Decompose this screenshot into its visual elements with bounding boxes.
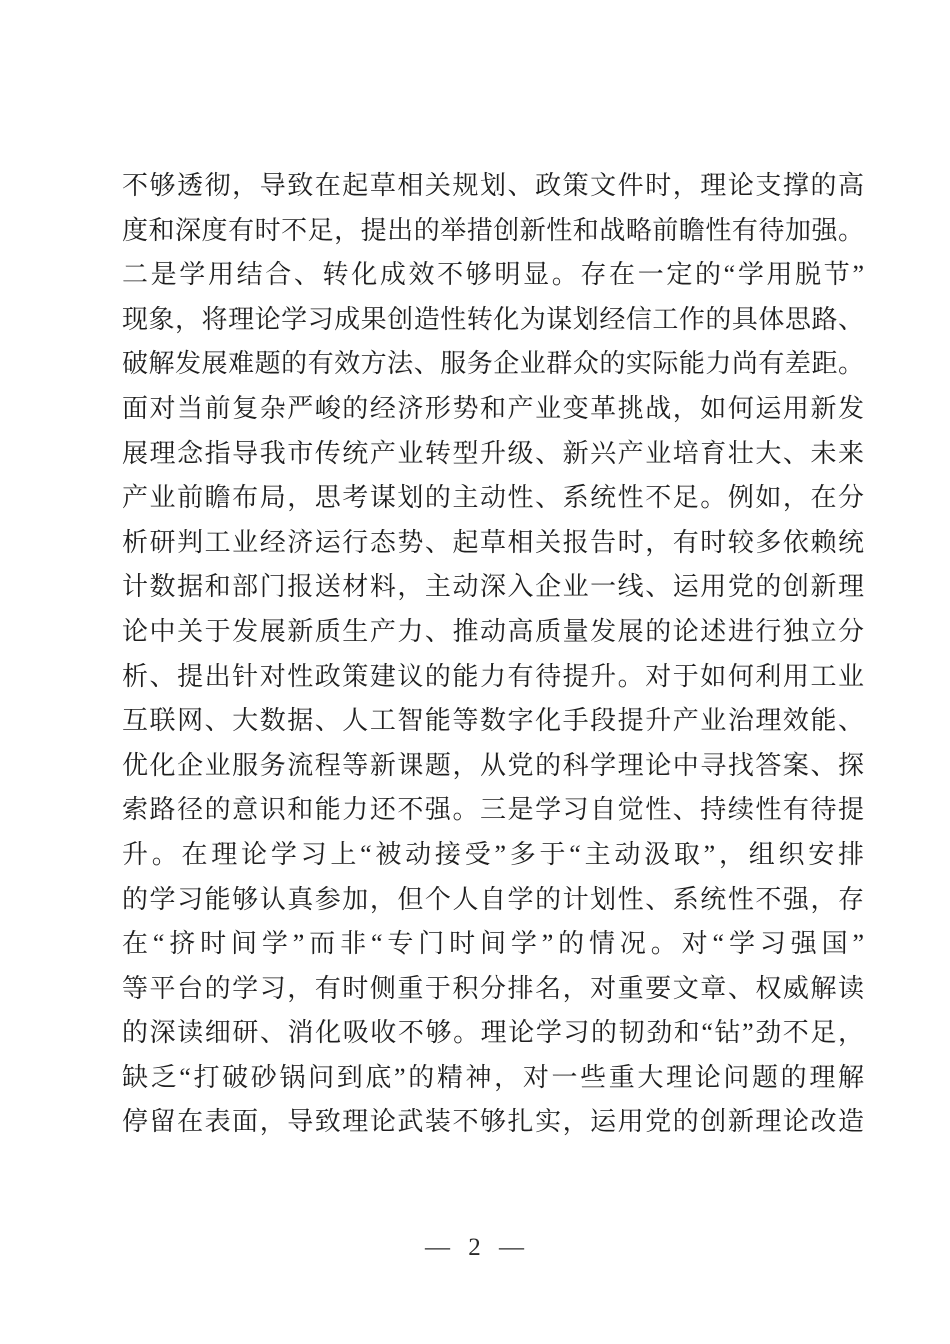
page-number: — 2 —: [0, 1234, 950, 1262]
body-text-block: 不够透彻，导致在起草相关规划、政策文件时，理论支撑的高 度和深度有时不足，提出的…: [122, 164, 864, 1145]
text-line: 展理念指导我市传统产业转型升级、新兴产业培育壮大、未来: [122, 432, 864, 477]
text-line: 互联网、大数据、人工智能等数字化手段提升产业治理效能、: [122, 699, 864, 744]
text-line: 停留在表面，导致理论武装不够扎实，运用党的创新理论改造: [122, 1100, 864, 1145]
text-line: 升。在理论学习上“被动接受”多于“主动汲取”，组织安排: [122, 833, 864, 878]
text-line: 在“挤时间学”而非“专门时间学”的情况。对“学习强国”: [122, 922, 864, 967]
text-line: 等平台的学习，有时侧重于积分排名，对重要文章、权威解读: [122, 967, 864, 1012]
text-line: 析研判工业经济运行态势、起草相关报告时，有时较多依赖统: [122, 521, 864, 566]
text-line: 的学习能够认真参加，但个人自学的计划性、系统性不强，存: [122, 878, 864, 923]
text-line: 产业前瞻布局，思考谋划的主动性、系统性不足。例如，在分: [122, 476, 864, 521]
text-line: 优化企业服务流程等新课题，从党的科学理论中寻找答案、探: [122, 744, 864, 789]
document-page: 不够透彻，导致在起草相关规划、政策文件时，理论支撑的高 度和深度有时不足，提出的…: [0, 0, 950, 1344]
text-line: 二是学用结合、转化成效不够明显。存在一定的“学用脱节”: [122, 253, 864, 298]
text-line: 面对当前复杂严峻的经济形势和产业变革挑战，如何运用新发: [122, 387, 864, 432]
text-line: 析、提出针对性政策建议的能力有待提升。对于如何利用工业: [122, 655, 864, 700]
text-line: 计数据和部门报送材料，主动深入企业一线、运用党的创新理: [122, 565, 864, 610]
text-line: 度和深度有时不足，提出的举措创新性和战略前瞻性有待加强。: [122, 209, 864, 254]
text-line: 破解发展难题的有效方法、服务企业群众的实际能力尚有差距。: [122, 342, 864, 387]
text-line: 的深读细研、消化吸收不够。理论学习的韧劲和“钻”劲不足，: [122, 1011, 864, 1056]
text-line: 现象，将理论学习成果创造性转化为谋划经信工作的具体思路、: [122, 298, 864, 343]
text-line: 论中关于发展新质生产力、推动高质量发展的论述进行独立分: [122, 610, 864, 655]
text-line: 不够透彻，导致在起草相关规划、政策文件时，理论支撑的高: [122, 164, 864, 209]
text-line: 索路径的意识和能力还不强。三是学习自觉性、持续性有待提: [122, 788, 864, 833]
text-line: 缺乏“打破砂锅问到底”的精神，对一些重大理论问题的理解: [122, 1056, 864, 1101]
